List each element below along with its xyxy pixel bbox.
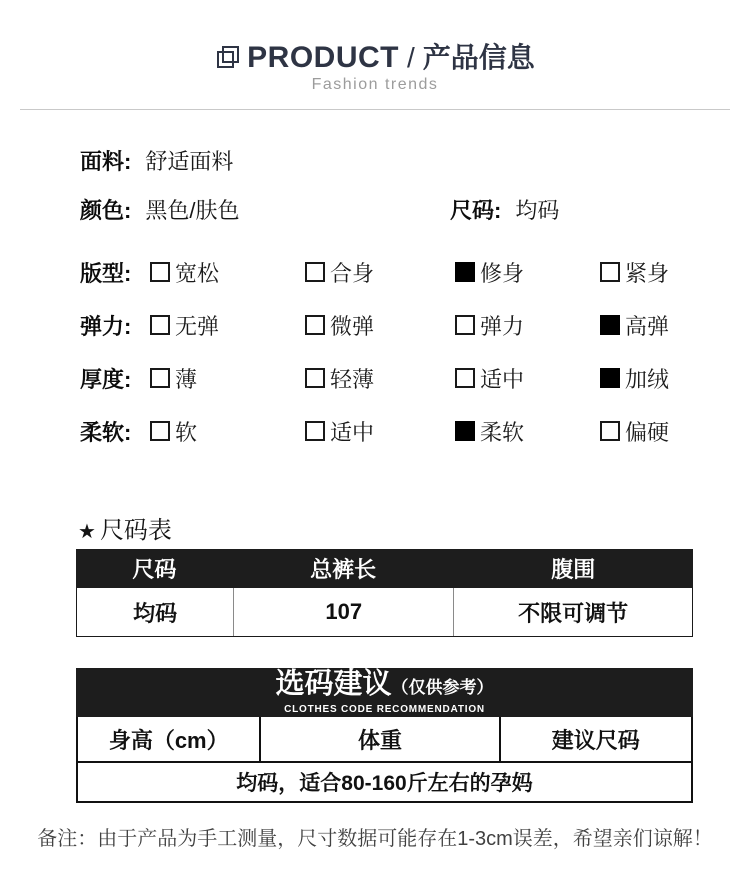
size-table-header-cell: 总裤长 <box>233 549 454 588</box>
attr-option: 宽松 <box>150 257 305 288</box>
recommendation-title: 选码建议 <box>275 668 391 700</box>
attr-option-label: 紧身 <box>625 257 669 288</box>
recommendation-title-note: （仅供参考） <box>392 678 494 697</box>
product-title-zh: 产品信息 <box>423 42 535 73</box>
attr-option: 无弹 <box>150 310 305 341</box>
attr-option-label: 适中 <box>480 363 524 394</box>
recommendation-header-cell: 体重 <box>259 717 498 761</box>
attr-option-label: 软 <box>175 416 197 447</box>
attr-option-label: 无弹 <box>175 310 219 341</box>
size-value: 均码 <box>515 198 559 223</box>
size-table-title: 尺码表 <box>100 517 172 544</box>
checkbox-icon <box>150 315 170 335</box>
attr-label: 版型: <box>80 257 150 288</box>
checkbox-icon <box>600 315 620 335</box>
attr-option: 修身 <box>455 257 600 288</box>
checkbox-icon <box>600 368 620 388</box>
recommendation-subtitle-en: CLOTHES CODE RECOMMENDATION <box>284 704 485 716</box>
attr-row-thickness: 厚度: 薄 轻薄 适中 加绒 <box>80 351 720 405</box>
page-container: PRODUCT/产品信息 Fashion trends 面料:舒适面料 颜色:黑… <box>0 0 750 879</box>
attr-option: 柔软 <box>455 416 600 447</box>
recommendation-header-cell: 建议尺码 <box>499 717 691 761</box>
checkbox-icon <box>150 262 170 282</box>
size-table-header: 尺码 总裤长 腹围 <box>76 549 693 588</box>
checkbox-icon <box>150 421 170 441</box>
size-table-row: 均码 107 不限可调节 <box>76 588 693 637</box>
size-table-cell: 不限可调节 <box>453 588 692 636</box>
attr-option-label: 高弹 <box>625 310 669 341</box>
attr-label: 厚度: <box>80 363 150 394</box>
size-label: 尺码: <box>450 198 501 223</box>
fabric-label: 面料: <box>80 149 131 174</box>
recommendation-body: 身高（cm） 体重 建议尺码 均码，适合80-160斤左右的孕妈 <box>76 717 693 803</box>
title-separator: / <box>407 42 415 73</box>
fabric-row: 面料:舒适面料 <box>80 148 720 176</box>
checkbox-icon <box>455 368 475 388</box>
attr-option-label: 微弹 <box>330 310 374 341</box>
checkbox-icon <box>600 262 620 282</box>
size-table-cell: 107 <box>233 588 453 636</box>
size-table-cell: 均码 <box>77 588 233 636</box>
header-subtitle: Fashion trends <box>0 76 750 94</box>
checkbox-icon <box>150 368 170 388</box>
recommendation-header-row: 身高（cm） 体重 建议尺码 <box>78 717 691 763</box>
star-icon: ★ <box>78 521 96 543</box>
color-row: 颜色:黑色/肤色 尺码:均码 <box>80 197 720 225</box>
attr-option-label: 偏硬 <box>625 416 669 447</box>
attr-option-label: 宽松 <box>175 257 219 288</box>
size-table: 尺码 总裤长 腹围 均码 107 不限可调节 <box>76 549 693 637</box>
color-value: 黑色/肤色 <box>145 198 239 223</box>
attr-row-fit: 版型: 宽松 合身 修身 紧身 <box>80 245 720 299</box>
checkbox-icon <box>455 421 475 441</box>
checkbox-icon <box>305 421 325 441</box>
size-table-section-title: ★尺码表 <box>78 510 172 545</box>
header-divider <box>20 109 730 110</box>
product-title-en: PRODUCT <box>247 41 399 74</box>
attr-option: 弹力 <box>455 310 600 341</box>
checkbox-icon <box>455 262 475 282</box>
attr-option: 紧身 <box>600 257 720 288</box>
recommendation-header: 选码建议（仅供参考） CLOTHES CODE RECOMMENDATION <box>76 668 693 717</box>
attr-option-label: 适中 <box>330 416 374 447</box>
attr-option-label: 轻薄 <box>330 363 374 394</box>
attr-option: 合身 <box>305 257 455 288</box>
attr-row-elasticity: 弹力: 无弹 微弹 弹力 高弹 <box>80 298 720 352</box>
size-table-header-cell: 尺码 <box>76 549 233 588</box>
attr-option: 偏硬 <box>600 416 720 447</box>
checkbox-icon <box>455 315 475 335</box>
attr-option: 轻薄 <box>305 363 455 394</box>
attr-option-label: 柔软 <box>480 416 524 447</box>
product-header: PRODUCT/产品信息 <box>0 36 750 76</box>
attr-option: 高弹 <box>600 310 720 341</box>
recommendation-note-row: 均码，适合80-160斤左右的孕妈 <box>78 763 691 801</box>
attr-option: 薄 <box>150 363 305 394</box>
attr-option: 加绒 <box>600 363 720 394</box>
checkbox-icon <box>305 368 325 388</box>
size-table-header-cell: 腹围 <box>454 549 693 588</box>
checkbox-icon <box>305 262 325 282</box>
overlapping-squares-icon <box>215 44 241 75</box>
color-label: 颜色: <box>80 198 131 223</box>
attr-option-label: 薄 <box>175 363 197 394</box>
attr-option-label: 修身 <box>480 257 524 288</box>
attr-option: 适中 <box>305 416 455 447</box>
attr-label: 弹力: <box>80 310 150 341</box>
attr-label: 柔软: <box>80 416 150 447</box>
footnote: 备注：由于产品为手工测量，尺寸数据可能存在1-3cm误差，希望亲们谅解！ <box>0 822 750 851</box>
attr-option: 软 <box>150 416 305 447</box>
recommendation-table: 选码建议（仅供参考） CLOTHES CODE RECOMMENDATION 身… <box>76 668 693 803</box>
fabric-value: 舒适面料 <box>145 149 233 174</box>
size-group: 尺码:均码 <box>450 197 559 225</box>
attr-option-label: 加绒 <box>625 363 669 394</box>
checkbox-icon <box>305 315 325 335</box>
attr-option: 适中 <box>455 363 600 394</box>
attr-option-label: 合身 <box>330 257 374 288</box>
recommendation-header-cell: 身高（cm） <box>78 717 259 761</box>
attr-option-label: 弹力 <box>480 310 524 341</box>
attr-option: 微弹 <box>305 310 455 341</box>
checkbox-icon <box>600 421 620 441</box>
attr-row-softness: 柔软: 软 适中 柔软 偏硬 <box>80 404 720 458</box>
